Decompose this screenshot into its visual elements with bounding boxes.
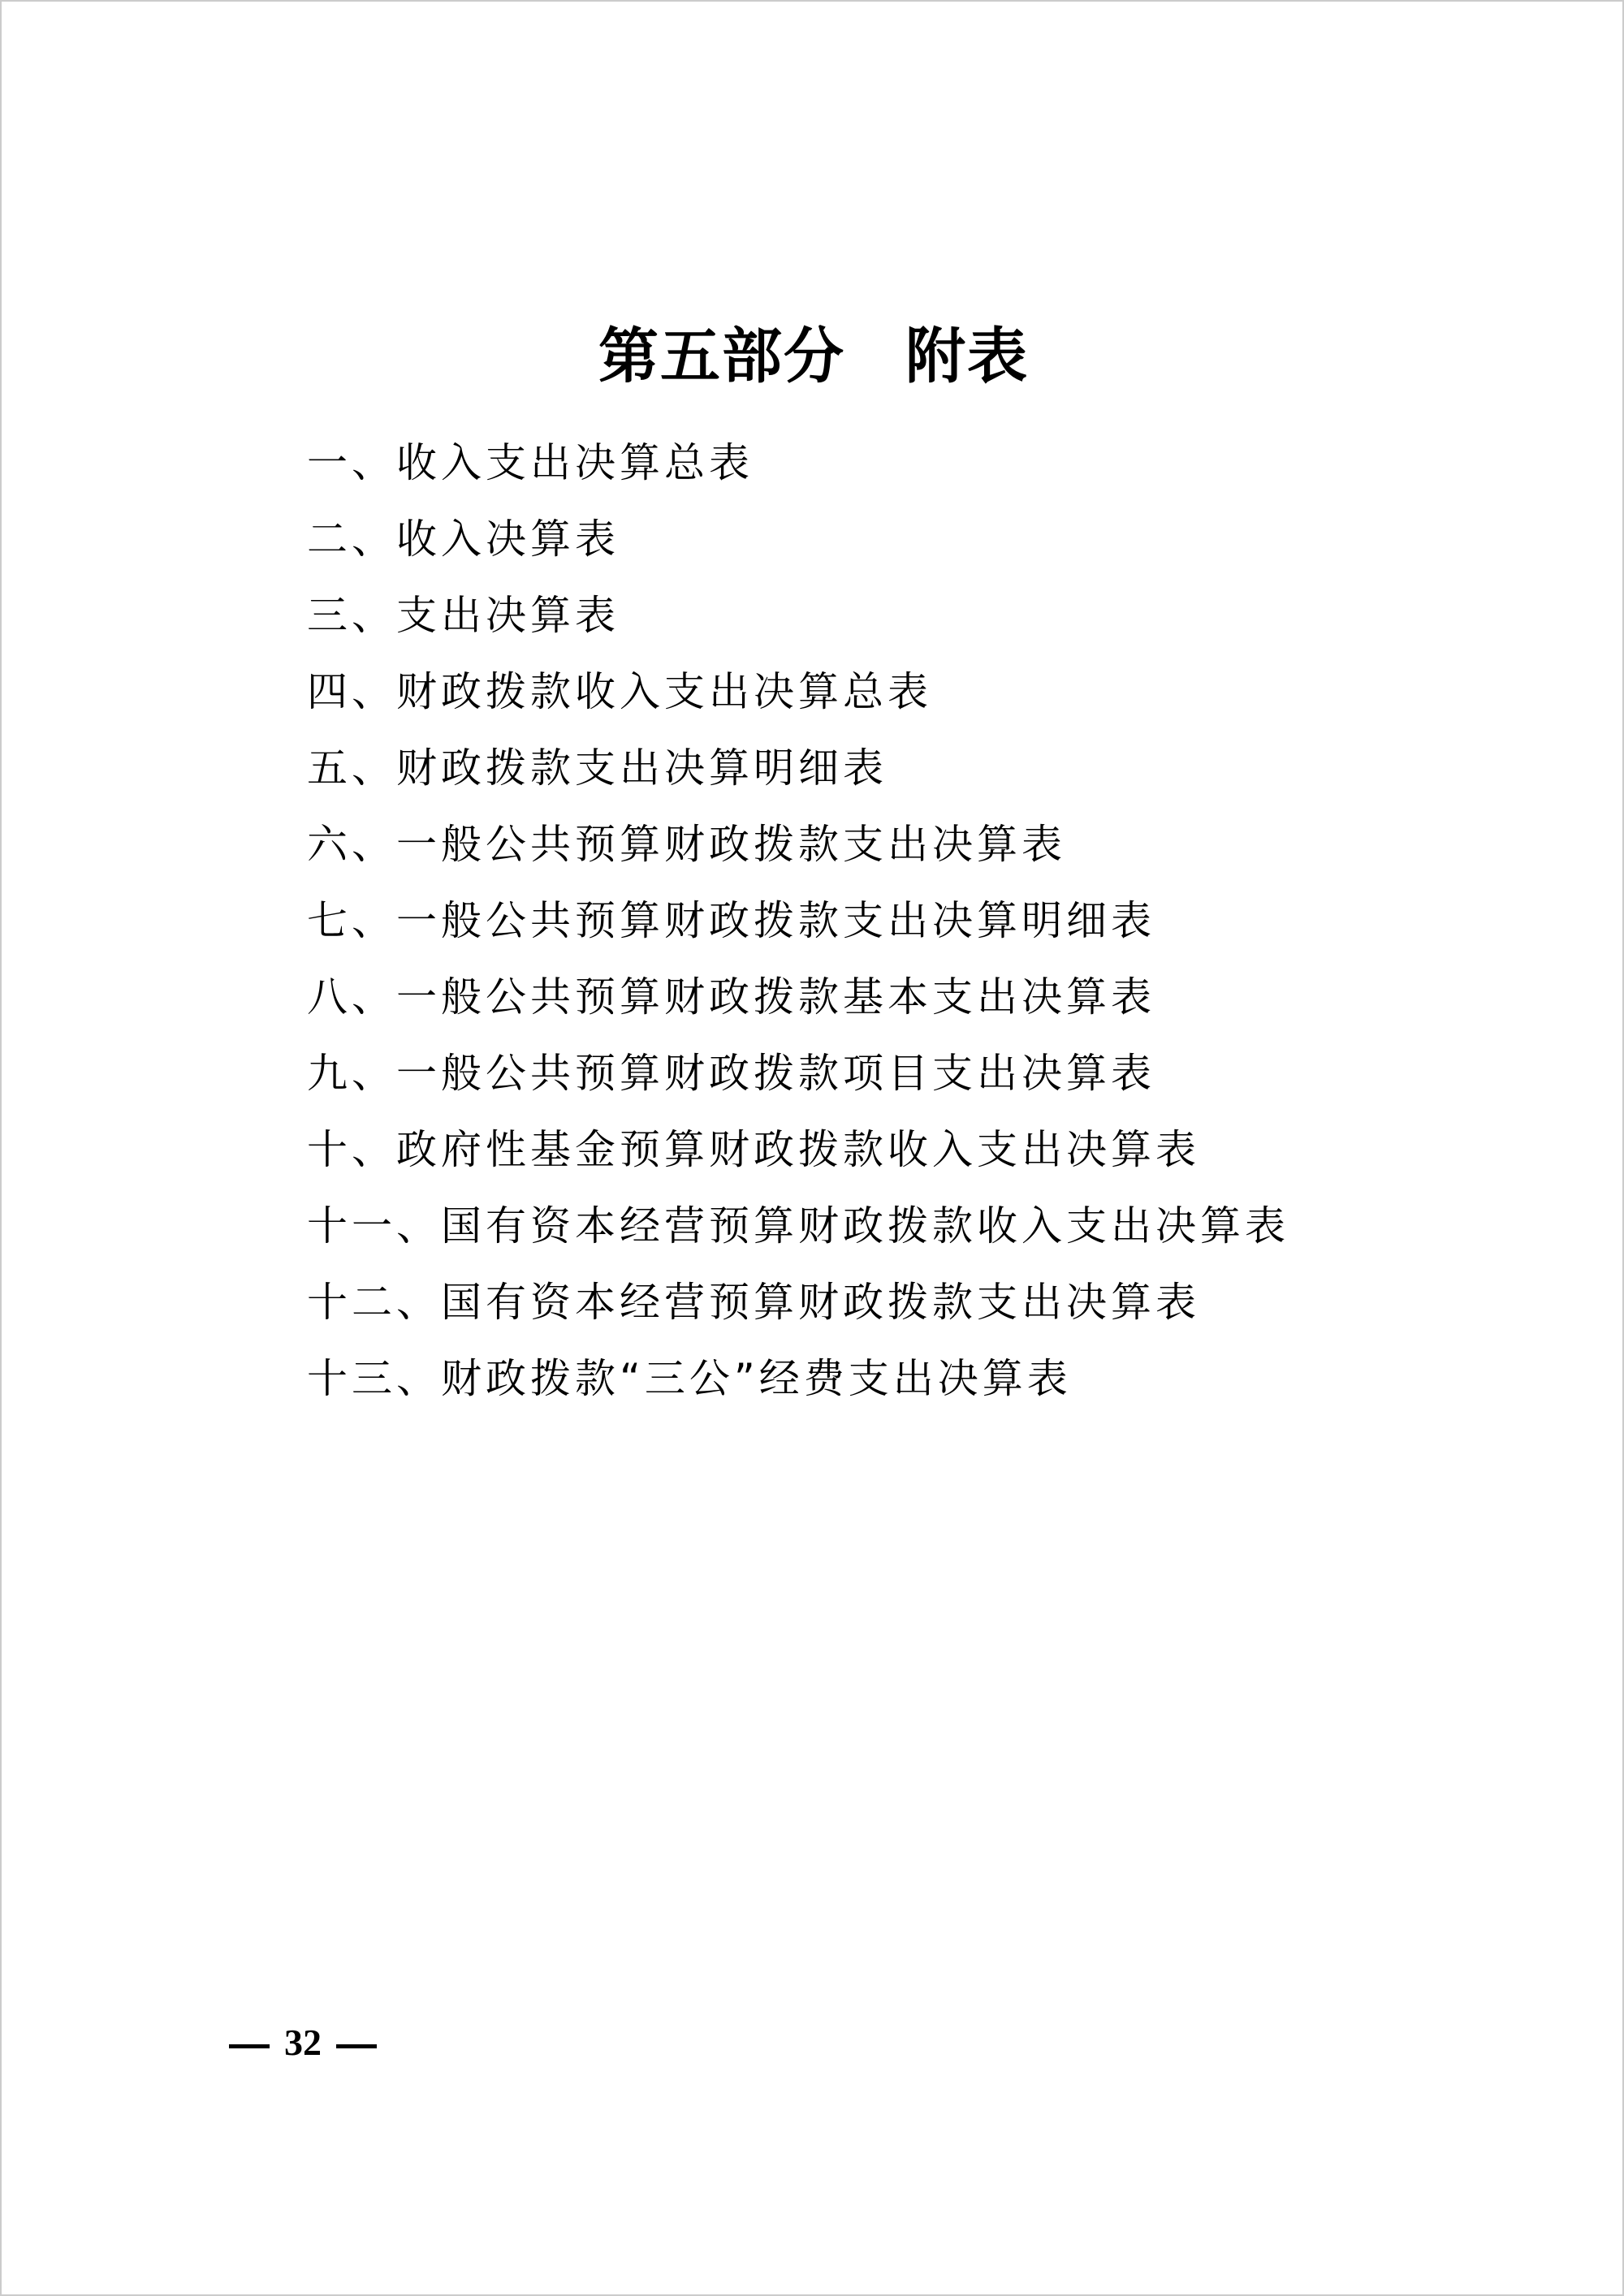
list-item: 六、一般公共预算财政拨款支出决算表 [307,812,1289,888]
list-item: 十三、财政拨款“三公”经费支出决算表 [307,1346,1289,1422]
list-item: 二、收入决算表 [307,507,1289,583]
document-page: 第五部分附表 一、收入支出决算总表 二、收入决算表 三、支出决算表 四、财政拨款… [0,0,1624,2296]
list-item: 九、一般公共预算财政拨款项目支出决算表 [307,1041,1289,1117]
page-number: 32 [214,2020,391,2065]
section-title-name: 附表 [905,322,1029,391]
section-title-part: 第五部分 [598,322,845,391]
list-item: 一、收入支出决算总表 [307,430,1289,507]
list-item: 七、一般公共预算财政拨款支出决算明细表 [307,888,1289,965]
list-item: 五、财政拨款支出决算明细表 [307,736,1289,812]
list-item: 十一、国有资本经营预算财政拨款收入支出决算表 [307,1193,1289,1270]
section-title: 第五部分附表 [2,320,1624,393]
list-item: 四、财政拨款收入支出决算总表 [307,659,1289,736]
page-number-value: 32 [284,2022,322,2063]
appendix-table-list: 一、收入支出决算总表 二、收入决算表 三、支出决算表 四、财政拨款收入支出决算总… [307,430,1289,1422]
dash-left [229,2044,270,2048]
list-item: 十、政府性基金预算财政拨款收入支出决算表 [307,1117,1289,1193]
dash-right [336,2044,377,2048]
list-item: 八、一般公共预算财政拨款基本支出决算表 [307,965,1289,1041]
list-item: 三、支出决算表 [307,583,1289,659]
list-item: 十二、国有资本经营预算财政拨款支出决算表 [307,1270,1289,1346]
